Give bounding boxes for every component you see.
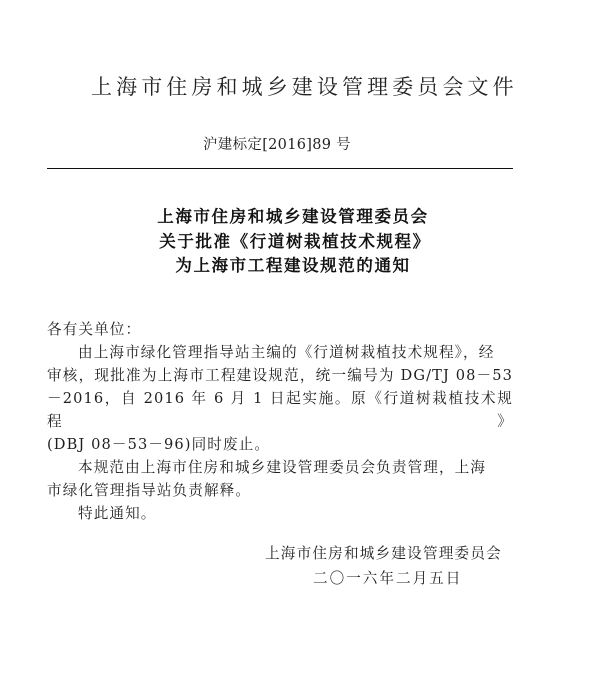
paragraph-2-line-1: 本规范由上海市住房和城乡建设管理委员会负责管理，上海 <box>47 456 513 479</box>
paragraph-1-line-4: (DBJ 08－53－96)同时废止。 <box>47 433 513 456</box>
issuer-title: 上海市住房和城乡建设管理委员会文件 <box>91 74 518 100</box>
paragraph-1-line-3: －2016，自 2016 年 6 月 1 日起实施。原《行道树栽植技术规程》 <box>47 387 513 433</box>
salutation: 各有关单位： <box>47 318 513 341</box>
notice-title: 上海市住房和城乡建设管理委员会 关于批准《行道树栽植技术规程》 为上海市工程建设… <box>0 205 596 279</box>
signature-date: 二〇一六年二月五日 <box>265 566 502 591</box>
paragraph-1-line-2: 审核，现批准为上海市工程建设规范，统一编号为 DG/TJ 08－53 <box>47 364 513 387</box>
notice-body: 各有关单位： 由上海市绿化管理指导站主编的《行道树栽植技术规程》，经 审核，现批… <box>47 318 513 525</box>
paragraph-1-line-1: 由上海市绿化管理指导站主编的《行道树栽植技术规程》，经 <box>47 341 513 364</box>
document-number: 沪建标定[2016]89 号 <box>203 135 351 155</box>
paragraph-3-line-1: 特此通知。 <box>47 502 513 525</box>
notice-title-line-2: 关于批准《行道树栽植技术规程》 <box>0 230 596 255</box>
notice-title-line-1: 上海市住房和城乡建设管理委员会 <box>0 205 596 230</box>
header-divider <box>47 168 513 169</box>
signature-organization: 上海市住房和城乡建设管理委员会 <box>265 541 502 566</box>
notice-title-line-3: 为上海市工程建设规范的通知 <box>0 254 596 279</box>
paragraph-2-line-2: 市绿化管理指导站负责解释。 <box>47 479 513 502</box>
signature-block: 上海市住房和城乡建设管理委员会 二〇一六年二月五日 <box>265 541 502 591</box>
